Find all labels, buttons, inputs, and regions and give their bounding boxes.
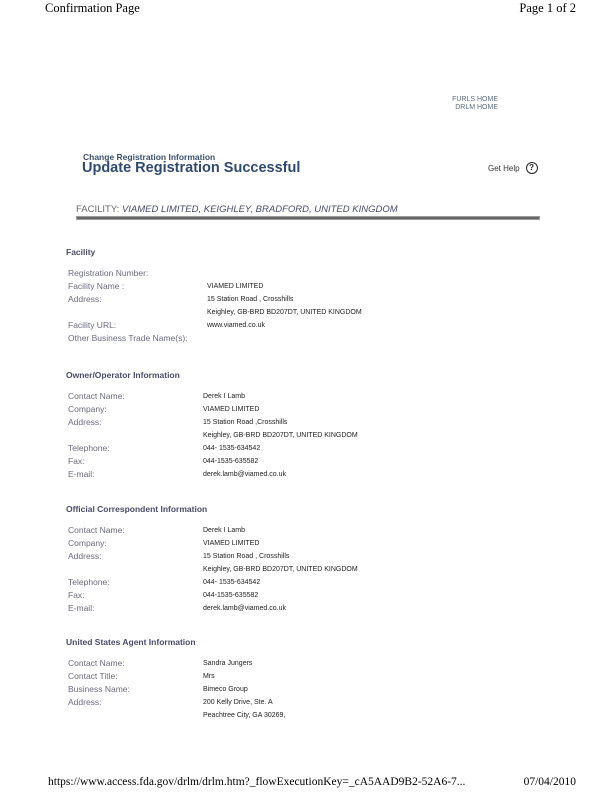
field-row: E-mail:derek.lamb@viamed.co.uk — [68, 468, 468, 481]
home-links: FURLS HOME DRLM HOME — [440, 96, 498, 112]
furls-home-link[interactable]: FURLS HOME — [440, 96, 498, 104]
field-row: Contact Name:Sandra Jungers — [68, 657, 468, 670]
field-value: Mrs — [203, 670, 215, 683]
field-value: VIAMED LIMITED — [207, 280, 263, 293]
field-value: 15 Station Road , Crosshills — [207, 293, 293, 306]
field-row: Facility URL:www.viamed.co.uk — [68, 319, 468, 332]
section-title-us-agent: United States Agent Information — [66, 637, 196, 647]
field-value: 15 Station Road ,Crosshills — [203, 416, 287, 429]
field-label: Contact Name: — [68, 390, 125, 403]
field-value: Bimeco Group — [203, 683, 248, 696]
field-label: Business Name: — [68, 683, 130, 696]
field-row: E-mail:derek.lamb@viamed.co.uk — [68, 602, 468, 615]
facility-bar-label: FACILITY: — [76, 204, 119, 215]
field-row: Address:15 Station Road , Crosshills — [68, 550, 468, 563]
field-label: Address: — [68, 416, 102, 429]
get-help-link[interactable]: Get Help ? — [488, 162, 538, 174]
field-label: Company: — [68, 537, 107, 550]
field-row: Facility Name :VIAMED LIMITED — [68, 280, 468, 293]
print-footer-url: https://www.access.fda.gov/drlm/drlm.htm… — [48, 776, 465, 788]
field-row: Address:15 Station Road , Crosshills — [68, 293, 468, 306]
field-value: 15 Station Road , Crosshills — [203, 550, 289, 563]
field-label: Facility URL: — [68, 319, 116, 332]
field-label: Registration Number: — [68, 267, 148, 280]
field-row: Peachtree City, GA 30269, — [68, 709, 468, 722]
print-header-title: Confirmation Page — [45, 1, 140, 16]
page-title: Update Registration Successful — [82, 160, 300, 176]
field-label: Address: — [68, 550, 102, 563]
field-value: VIAMED LIMITED — [203, 537, 259, 550]
field-row: Keighley, GB-BRD BD207DT, UNITED KINGDOM — [68, 306, 468, 319]
field-row: Contact Title:Mrs — [68, 670, 468, 683]
divider — [76, 216, 540, 220]
field-value: 044-1535-635582 — [203, 455, 258, 468]
field-value: Derek I Lamb — [203, 390, 245, 403]
field-label: E-mail: — [68, 468, 94, 481]
field-value: Derek I Lamb — [203, 524, 245, 537]
field-label: E-mail: — [68, 602, 94, 615]
field-row: Contact Name:Derek I Lamb — [68, 524, 468, 537]
field-row: Address:200 Kelly Drive, Ste. A — [68, 696, 468, 709]
field-label: Contact Name: — [68, 524, 125, 537]
facility-bar: FACILITY: VIAMED LIMITED, KEIGHLEY, BRAD… — [76, 204, 398, 215]
field-row: Telephone:044- 1535-634542 — [68, 442, 468, 455]
field-row: Keighley, GB-BRD BD207DT, UNITED KINGDOM — [68, 429, 468, 442]
field-row: Registration Number: — [68, 267, 468, 280]
field-row: Company:VIAMED LIMITED — [68, 537, 468, 550]
field-row: Other Business Trade Name(s): — [68, 332, 468, 345]
section-title-correspondent: Official Correspondent Information — [66, 504, 207, 514]
field-value: VIAMED LIMITED — [203, 403, 259, 416]
print-page-number: Page 1 of 2 — [519, 1, 576, 16]
field-label: Contact Title: — [68, 670, 118, 683]
field-row: Company:VIAMED LIMITED — [68, 403, 468, 416]
field-row: Business Name:Bimeco Group — [68, 683, 468, 696]
section-title-owner: Owner/Operator Information — [66, 370, 180, 380]
field-label: Telephone: — [68, 576, 110, 589]
field-value: 200 Kelly Drive, Ste. A — [203, 696, 273, 709]
drlm-home-link[interactable]: DRLM HOME — [440, 104, 498, 112]
get-help-label: Get Help — [488, 164, 520, 173]
field-row: Fax:044-1535-635582 — [68, 589, 468, 602]
field-value: Peachtree City, GA 30269, — [203, 709, 285, 722]
field-label: Company: — [68, 403, 107, 416]
field-value: www.viamed.co.uk — [207, 319, 265, 332]
field-value: Keighley, GB-BRD BD207DT, UNITED KINGDOM — [203, 429, 358, 442]
field-label: Fax: — [68, 455, 85, 468]
field-label: Other Business Trade Name(s): — [68, 332, 188, 345]
field-value: derek.lamb@viamed.co.uk — [203, 468, 286, 481]
field-value: 044- 1535-634542 — [203, 576, 260, 589]
field-label: Telephone: — [68, 442, 110, 455]
field-row: Fax:044-1535-635582 — [68, 455, 468, 468]
field-value: 044- 1535-634542 — [203, 442, 260, 455]
field-label: Fax: — [68, 589, 85, 602]
field-value: Keighley, GB-BRD BD207DT, UNITED KINGDOM — [207, 306, 362, 319]
help-icon: ? — [526, 162, 538, 174]
field-value: 044-1535-635582 — [203, 589, 258, 602]
field-row: Address:15 Station Road ,Crosshills — [68, 416, 468, 429]
field-value: Sandra Jungers — [203, 657, 252, 670]
field-row: Contact Name:Derek I Lamb — [68, 390, 468, 403]
field-value: derek.lamb@viamed.co.uk — [203, 602, 286, 615]
facility-bar-value: VIAMED LIMITED, KEIGHLEY, BRADFORD, UNIT… — [122, 204, 398, 215]
field-label: Contact Name: — [68, 657, 125, 670]
field-label: Address: — [68, 293, 102, 306]
section-title-facility: Facility — [66, 247, 95, 257]
field-label: Facility Name : — [68, 280, 124, 293]
field-label: Address: — [68, 696, 102, 709]
field-value: Keighley, GB-BRD BD207DT, UNITED KINGDOM — [203, 563, 358, 576]
print-footer-date: 07/04/2010 — [524, 776, 576, 788]
field-row: Telephone:044- 1535-634542 — [68, 576, 468, 589]
field-row: Keighley, GB-BRD BD207DT, UNITED KINGDOM — [68, 563, 468, 576]
